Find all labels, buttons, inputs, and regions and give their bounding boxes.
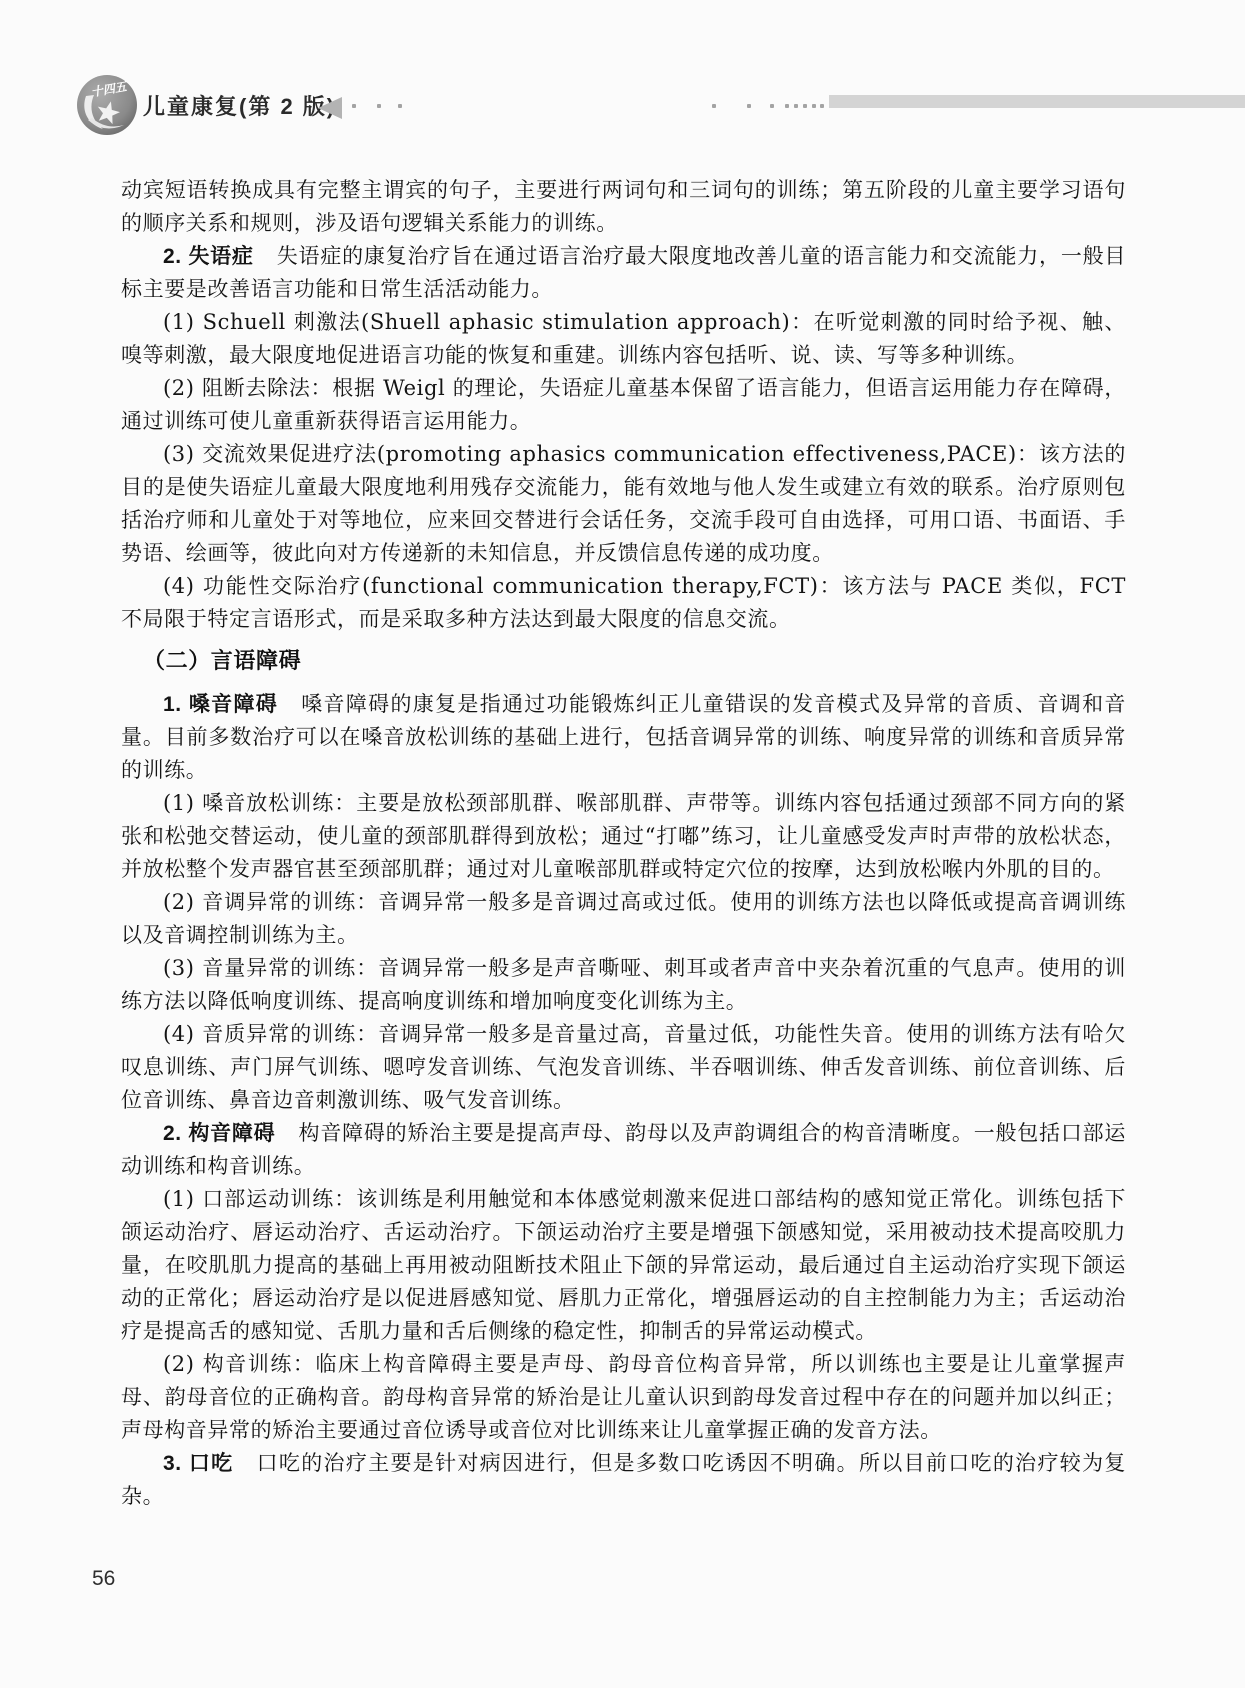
dot-icon <box>770 104 774 108</box>
list-item-text: (3) 交流效果促进疗法(promoting aphasics communic… <box>121 442 1126 565</box>
section-stuttering-lead: 3. 口吃 <box>163 1452 233 1475</box>
list-item-quality-training: (4) 音质异常的训练：音调异常一般多是音量过高，音量过低，功能性失音。使用的训… <box>121 1018 1126 1117</box>
book-title: 儿童康复(第 2 版) <box>143 90 336 121</box>
section-aphasia-text: 失语症的康复治疗旨在通过语言治疗最大限度地改善儿童的语言能力和交流能力，一般目标… <box>121 244 1126 301</box>
section-stuttering: 3. 口吃口吃的治疗主要是针对病因进行，但是多数口吃诱因不明确。所以目前口吃的治… <box>121 1447 1126 1513</box>
page-number: 56 <box>92 1567 115 1591</box>
dot-icon <box>820 104 824 108</box>
section-aphasia-lead: 2. 失语症 <box>163 245 254 268</box>
section-stuttering-text: 口吃的治疗主要是针对病因进行，但是多数口吃诱因不明确。所以目前口吃的治疗较为复杂… <box>121 1451 1126 1508</box>
section-voice-disorder: 1. 嗓音障碍嗓音障碍的康复是指通过功能锻炼纠正儿童错误的发音模式及异常的音质、… <box>121 688 1126 787</box>
publisher-logo: 十四五 <box>76 74 138 136</box>
list-item-text: (1) 嗓音放松训练：主要是放松颈部肌群、喉部肌群、声带等。训练内容包括通过颈部… <box>121 791 1126 881</box>
dot-icon <box>352 104 356 108</box>
list-item-text: (4) 功能性交际治疗(functional communication the… <box>121 574 1126 631</box>
dot-icon <box>812 104 816 108</box>
paragraph-continuation: 动宾短语转换成具有完整主谓宾的句子，主要进行两词句和三词句的训练；第五阶段的儿童… <box>121 174 1126 240</box>
section-aphasia: 2. 失语症失语症的康复治疗旨在通过语言治疗最大限度地改善儿童的语言能力和交流能… <box>121 240 1126 306</box>
dot-icon <box>803 104 807 108</box>
dot-icon <box>747 104 751 108</box>
list-item-articulation-training: (2) 构音训练：临床上构音障碍主要是声母、韵母音位构音异常，所以训练也主要是让… <box>121 1348 1126 1447</box>
list-item-loudness-training: (3) 音量异常的训练：音调异常一般多是声音嘶哑、刺耳或者声音中夹杂着沉重的气息… <box>121 952 1126 1018</box>
dot-icon <box>377 104 381 108</box>
section-articulation-lead: 2. 构音障碍 <box>163 1122 275 1145</box>
list-item-pitch-training: (2) 音调异常的训练：音调异常一般多是音调过高或过低。使用的训练方法也以降低或… <box>121 886 1126 952</box>
dot-icon <box>712 104 716 108</box>
list-item-text: (3) 音量异常的训练：音调异常一般多是声音嘶哑、刺耳或者声音中夹杂着沉重的气息… <box>121 956 1126 1013</box>
list-item-text: (1) 口部运动训练：该训练是利用触觉和本体感觉刺激来促进口部结构的感知觉正常化… <box>121 1187 1126 1343</box>
dot-icon <box>398 104 402 108</box>
page-content: 动宾短语转换成具有完整主谓宾的句子，主要进行两词句和三词句的训练；第五阶段的儿童… <box>121 174 1126 1513</box>
list-item-oral-motor-training: (1) 口部运动训练：该训练是利用触觉和本体感觉刺激来促进口部结构的感知觉正常化… <box>121 1183 1126 1348</box>
list-item-voice-relaxation: (1) 嗓音放松训练：主要是放松颈部肌群、喉部肌群、声带等。训练内容包括通过颈部… <box>121 787 1126 886</box>
dot-icon <box>794 104 798 108</box>
header-rule-bar <box>829 95 1245 108</box>
list-item-text: (2) 音调异常的训练：音调异常一般多是音调过高或过低。使用的训练方法也以降低或… <box>121 890 1126 947</box>
section-articulation: 2. 构音障碍构音障碍的矫治主要是提高声母、韵母以及声韵调组合的构音清晰度。一般… <box>121 1117 1126 1183</box>
section-voice-lead: 1. 嗓音障碍 <box>163 693 278 716</box>
list-item-text: (2) 构音训练：临床上构音障碍主要是声母、韵母音位构音异常，所以训练也主要是让… <box>121 1352 1126 1442</box>
list-item-schuell-stimulation: (1) Schuell 刺激法(Shuell aphasic stimulati… <box>121 306 1126 372</box>
list-item-text: (2) 阻断去除法：根据 Weigl 的理论，失语症儿童基本保留了语言能力，但语… <box>121 376 1126 433</box>
list-item-text: (4) 音质异常的训练：音调异常一般多是音量过高，音量过低，功能性失音。使用的训… <box>121 1022 1126 1112</box>
back-arrow-icon <box>318 97 342 119</box>
list-item-fct: (4) 功能性交际治疗(functional communication the… <box>121 570 1126 636</box>
list-item-text: (1) Schuell 刺激法(Shuell aphasic stimulati… <box>121 310 1126 367</box>
paragraph-text: 动宾短语转换成具有完整主谓宾的句子，主要进行两词句和三词句的训练；第五阶段的儿童… <box>121 178 1126 235</box>
book-page: 十四五 儿童康复(第 2 版) 动宾短语转换成具有完整主谓宾的句子，主要进行两词… <box>0 0 1245 1688</box>
dot-icon <box>785 104 789 108</box>
list-item-pace: (3) 交流效果促进疗法(promoting aphasics communic… <box>121 438 1126 570</box>
list-item-deblocking: (2) 阻断去除法：根据 Weigl 的理论，失语症儿童基本保留了语言能力，但语… <box>121 372 1126 438</box>
subsection-heading-speech-disorder: （二）言语障碍 <box>121 642 1126 680</box>
